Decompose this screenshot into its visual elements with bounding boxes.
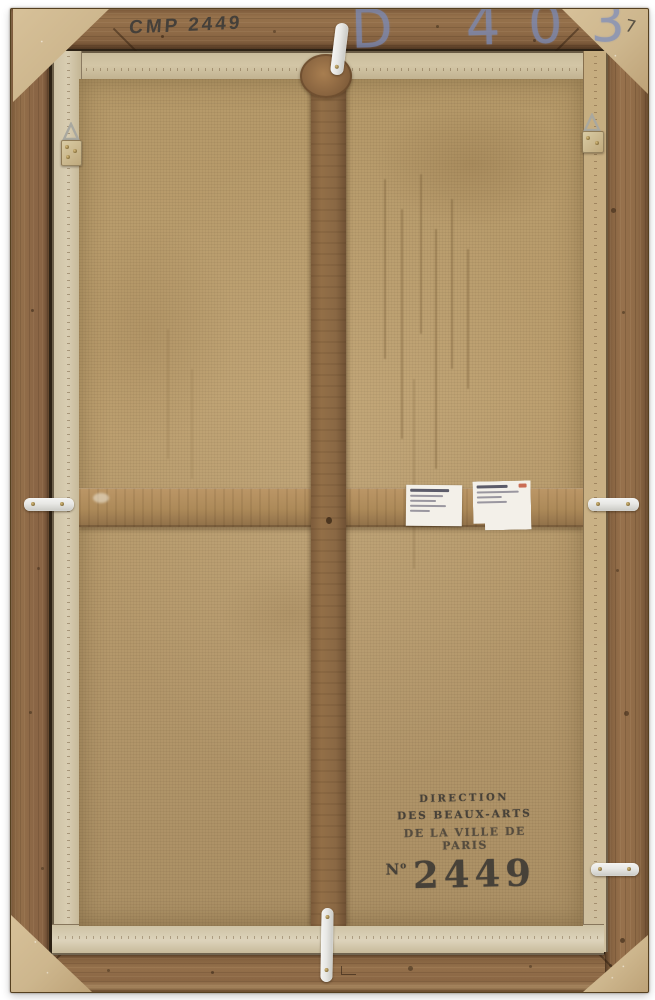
drip-streak xyxy=(191,369,193,479)
stamp-line-1: DIRECTION xyxy=(378,791,550,806)
canvas-back: DIRECTION DES BEAUX-ARTS DE LA VILLE DE … xyxy=(79,79,583,926)
screw xyxy=(31,502,35,506)
screw xyxy=(325,968,329,972)
screw xyxy=(596,502,600,506)
ring-plate xyxy=(582,131,604,153)
label-text-line xyxy=(477,485,508,489)
label-red-mark xyxy=(519,483,527,487)
label-text-line xyxy=(410,505,446,507)
label-text-line xyxy=(477,491,519,494)
screw xyxy=(626,502,630,506)
screw xyxy=(60,502,64,506)
screw xyxy=(73,149,77,153)
stamp-number-prefix: No xyxy=(385,860,407,878)
stamp-line-3: DE LA VILLE DE PARIS xyxy=(379,824,552,854)
screw xyxy=(65,145,69,149)
drip-streak xyxy=(413,379,415,569)
screw xyxy=(586,136,590,140)
metal-strap-bottom-center xyxy=(320,908,333,982)
drip-streak xyxy=(467,249,469,389)
metal-strap-right-middle xyxy=(588,498,639,511)
museum-label-right xyxy=(472,480,531,530)
picture-frame-back: DIRECTION DES BEAUX-ARTS DE LA VILLE DE … xyxy=(10,8,649,993)
drip-streak xyxy=(401,209,403,439)
drip-streak xyxy=(435,229,437,469)
drip-streak xyxy=(167,329,169,459)
label-text-line xyxy=(477,496,502,499)
hanging-ring-icon xyxy=(583,113,601,133)
label-text-line xyxy=(410,500,436,502)
drip-streak xyxy=(451,199,453,369)
stamp-line-2: DES BEAUX-ARTS xyxy=(378,807,550,823)
ring-plate xyxy=(61,140,82,166)
screw xyxy=(627,867,631,871)
hanging-ring-icon xyxy=(62,122,80,142)
label-text-line xyxy=(410,510,430,512)
metal-strap-left-middle xyxy=(24,498,74,511)
stamp-number-row: No 2449 xyxy=(379,854,552,895)
screw xyxy=(325,915,329,919)
drip-streak xyxy=(384,179,386,359)
museum-label-left xyxy=(406,485,462,527)
screw xyxy=(335,65,339,69)
metal-strap-right-lower xyxy=(591,863,639,876)
label-text-line xyxy=(477,501,507,504)
stamp-number: 2449 xyxy=(413,851,537,898)
screw xyxy=(66,155,70,159)
inscription-chalk-number: D 4032 xyxy=(350,8,649,61)
screw xyxy=(598,867,602,871)
photo-of-painting-verso: DIRECTION DES BEAUX-ARTS DE LA VILLE DE … xyxy=(0,0,655,1000)
drip-streak xyxy=(420,174,422,334)
label-text-line xyxy=(410,495,443,497)
museum-stamp: DIRECTION DES BEAUX-ARTS DE LA VILLE DE … xyxy=(378,791,552,895)
stretcher-crossbar-vertical xyxy=(311,79,346,926)
screw xyxy=(595,141,599,145)
label-text-line xyxy=(410,489,449,492)
scuff-mark xyxy=(341,966,356,975)
